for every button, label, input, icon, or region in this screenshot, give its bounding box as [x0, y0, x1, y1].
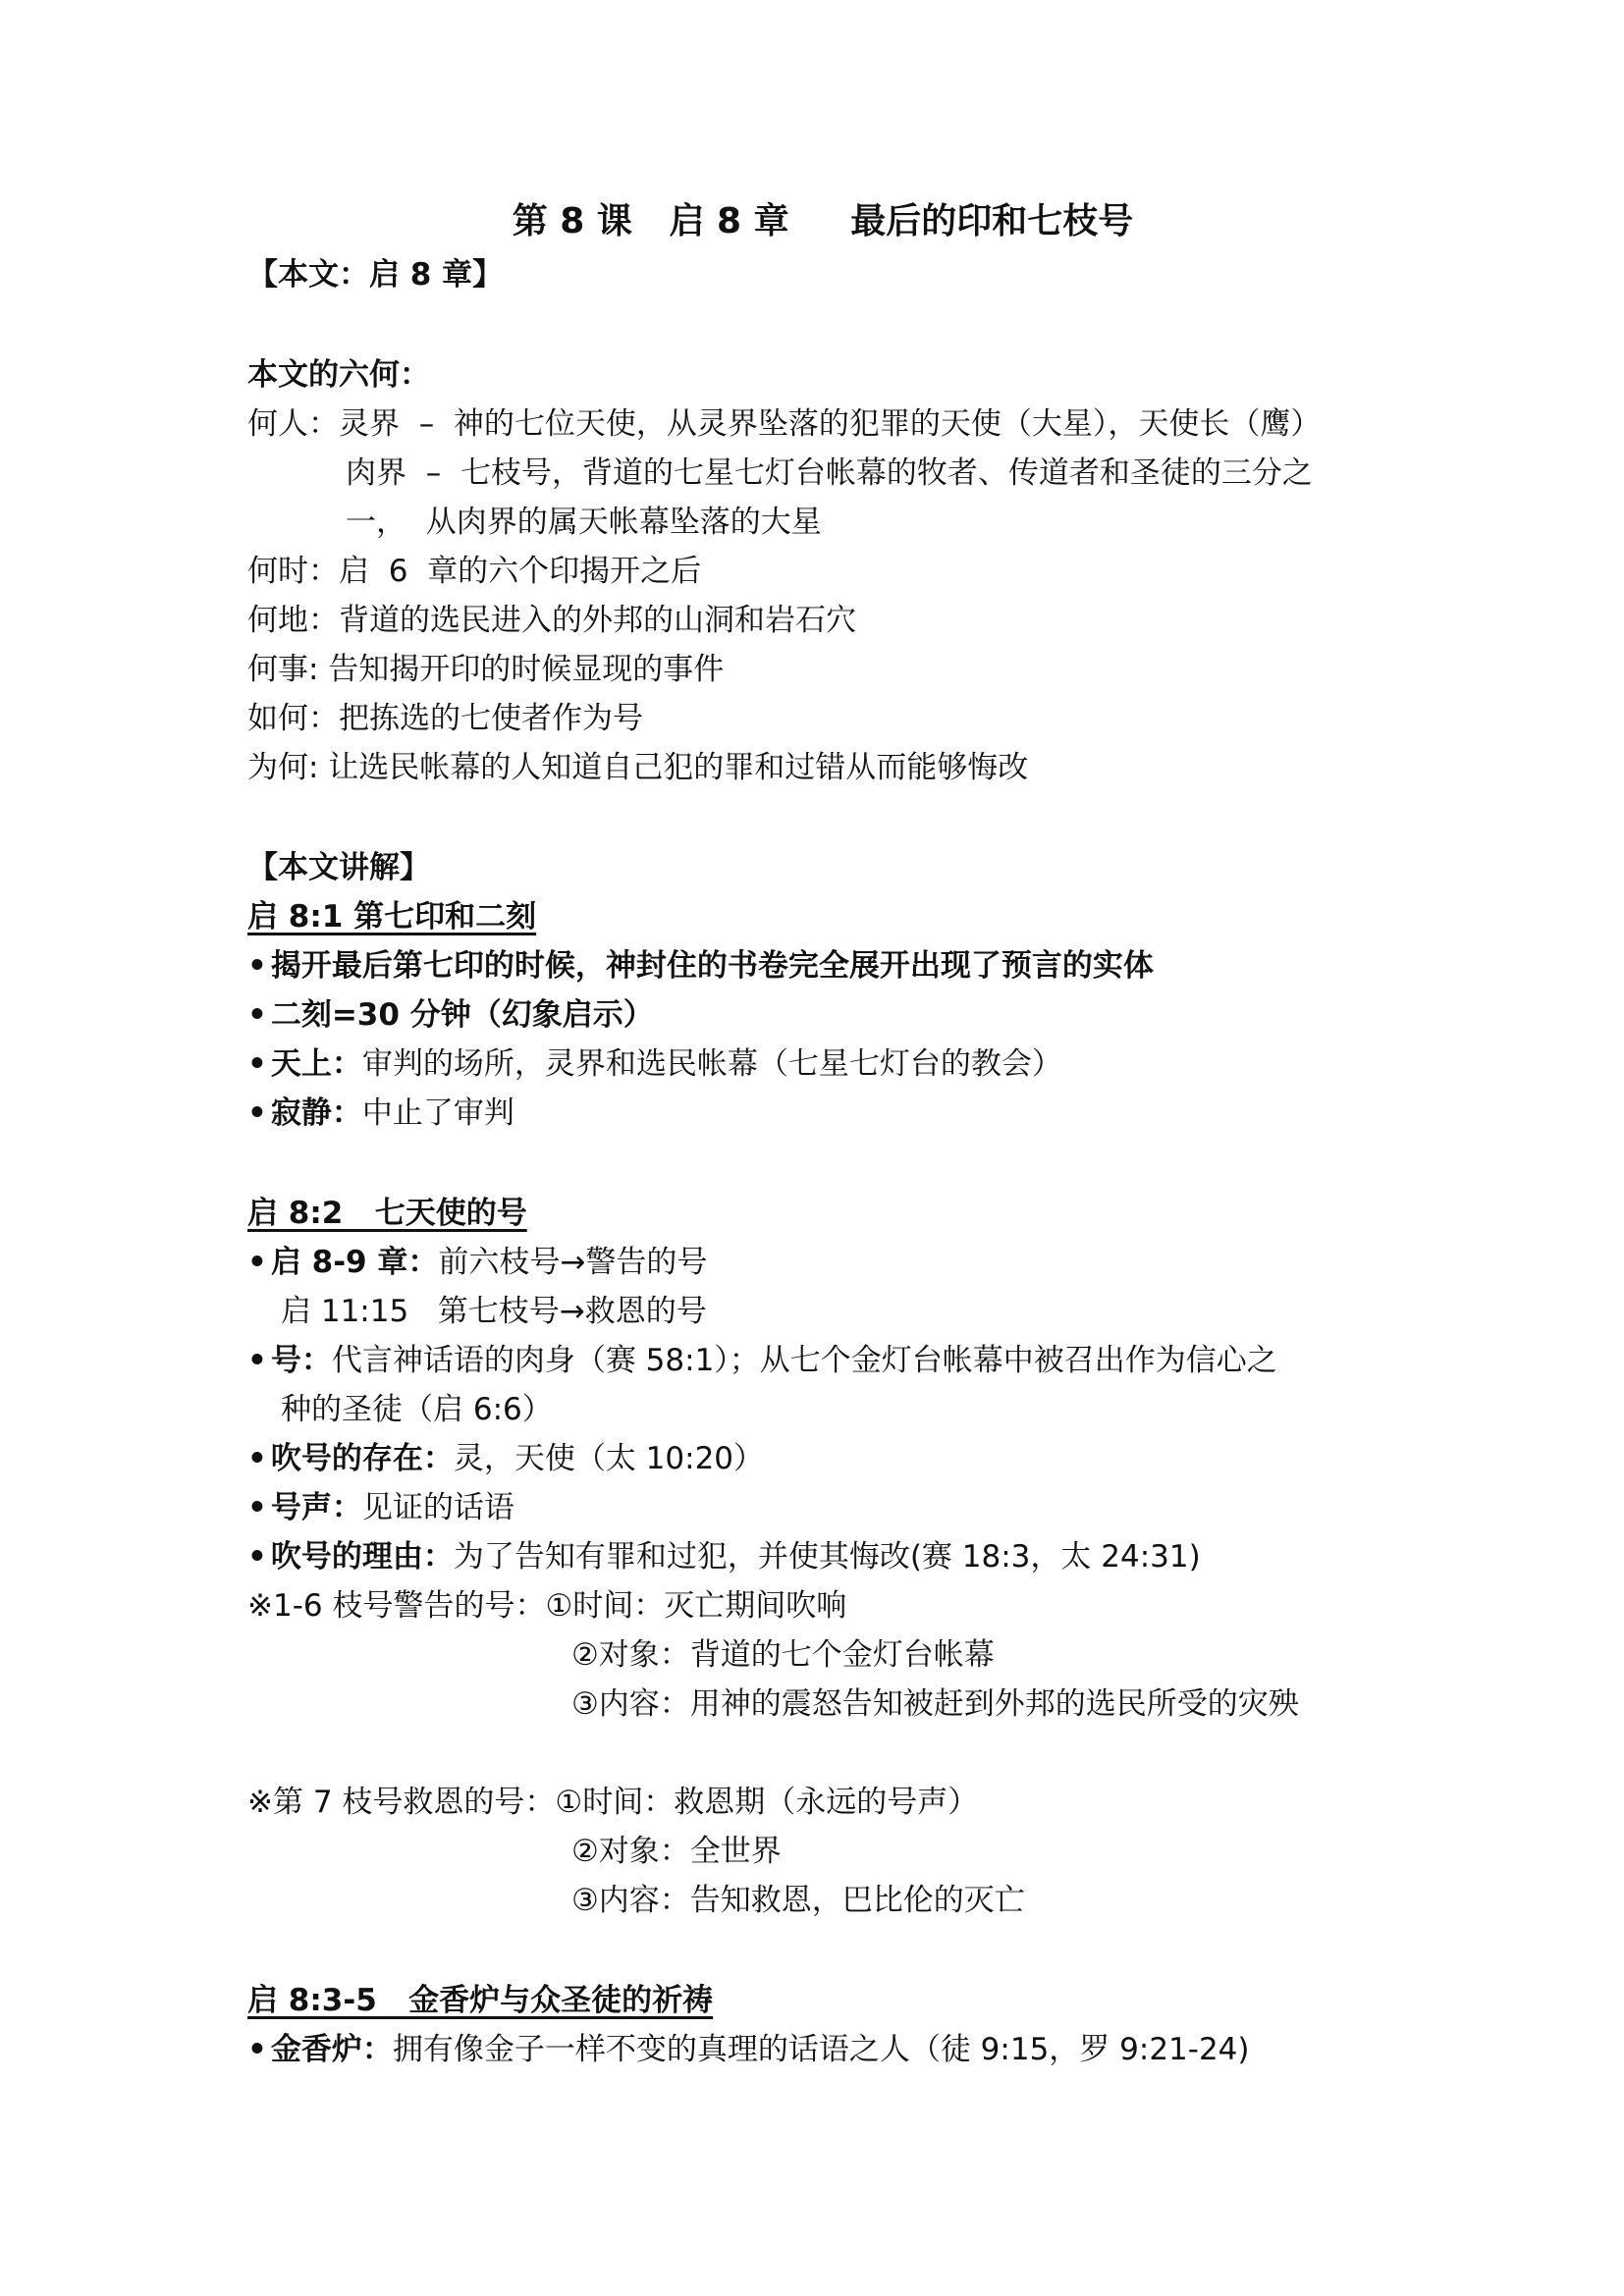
- where-line: 何地：背道的选民进入的外邦的山洞和岩石穴: [247, 601, 856, 640]
- text-reference: 【本文：启 8 章】: [247, 255, 503, 294]
- who-flesh-line-2: 一， 从肉界的属天帐幕坠落的大星: [346, 503, 822, 542]
- bullet-text: 前六枝号→警告的号: [438, 1245, 707, 1280]
- bullet-text: 中止了审判: [362, 1095, 514, 1131]
- bullet-item: 吹号的存在：灵，天使（太 10:20）: [247, 1439, 764, 1478]
- note-head: ※1-6 枝号警告的号：: [247, 1588, 545, 1624]
- bullet-item: 揭开最后第七印的时候，神封住的书卷完全展开出现了预言的实体: [247, 946, 1154, 986]
- bullet-label: 吹号的存在：: [271, 1441, 454, 1476]
- bullet-label: 天上：: [271, 1046, 362, 1082]
- bullet-text: 见证的话语: [362, 1490, 514, 1525]
- note-item: ③内容：告知救恩，巴比伦的灭亡: [571, 1881, 1025, 1920]
- bullet-label: 启 8-9 章：: [271, 1245, 439, 1280]
- bullet-item: 号声：见证的话语: [247, 1488, 514, 1527]
- what-line: 何事: 告知揭开印的时候显现的事件: [247, 650, 724, 689]
- document-page: 第 8 课 启 8 章 最后的印和七枝号 【本文：启 8 章】 本文的六何： 何…: [0, 0, 1624, 2296]
- section-3-title: 启 8:3-5 金香炉与众圣徒的祈祷: [247, 1981, 713, 2020]
- bullet-item: 寂静：中止了审判: [247, 1094, 514, 1133]
- why-line: 为何: 让选民帐幕的人知道自己犯的罪和过错从而能够悔改: [247, 748, 1028, 787]
- page-title: 第 8 课 启 8 章 最后的印和七枝号: [0, 200, 1624, 243]
- six-questions-heading: 本文的六何：: [247, 355, 430, 395]
- bullet-label: 号：: [271, 1343, 332, 1378]
- continuation-line: 启 11:15 第七枝号→救恩的号: [281, 1292, 707, 1331]
- bullet-text: 代言神话语的肉身（赛 58:1）；从七个金灯台帐幕中被召出作为信心之: [332, 1343, 1277, 1378]
- bullet-label: 吹号的理由：: [271, 1539, 454, 1575]
- note-item: ②对象：全世界: [571, 1832, 782, 1871]
- note-salvation-trumpet: ※第 7 枝号救恩的号：①时间：救恩期（永远的号声）: [247, 1783, 978, 1822]
- bullet-label: 号声：: [271, 1490, 362, 1525]
- bullet-label: 金香炉：: [271, 2032, 393, 2067]
- bullet-item: 启 8-9 章：前六枝号→警告的号: [247, 1243, 707, 1282]
- exposition-heading: 【本文讲解】: [247, 848, 430, 887]
- section-1-title: 启 8:1 第七印和二刻: [247, 897, 536, 936]
- bullet-text: 为了告知有罪和过犯，并使其悔改(赛 18:3，太 24:31): [454, 1539, 1201, 1575]
- who-flesh-line-1: 肉界 – 七枝号，背道的七星七灯台帐幕的牧者、传道者和圣徒的三分之: [346, 454, 1313, 493]
- bullet-item: 天上：审判的场所，灵界和选民帐幕（七星七灯台的教会）: [247, 1044, 1062, 1084]
- note-item: ③内容：用神的震怒告知被赶到外邦的选民所受的灾殃: [571, 1684, 1299, 1724]
- bullet-text: 灵，天使（太 10:20）: [454, 1441, 764, 1476]
- note-item: ②对象：背道的七个金灯台帐幕: [571, 1635, 995, 1675]
- bullet-text: 拥有像金子一样不变的真理的话语之人（徒 9:15，罗 9:21-24): [393, 2032, 1250, 2067]
- how-line: 如何：把拣选的七使者作为号: [247, 699, 643, 738]
- note-head: ※第 7 枝号救恩的号：: [247, 1785, 555, 1820]
- bullet-label: 寂静：: [271, 1095, 362, 1131]
- bullet-item: 吹号的理由：为了告知有罪和过犯，并使其悔改(赛 18:3，太 24:31): [247, 1537, 1201, 1576]
- bullet-item: 金香炉：拥有像金子一样不变的真理的话语之人（徒 9:15，罗 9:21-24): [247, 2030, 1250, 2069]
- who-label: 何人：: [247, 406, 339, 442]
- note-item: ①时间：救恩期（永远的号声）: [555, 1785, 978, 1820]
- continuation-line: 种的圣徒（启 6:6）: [281, 1390, 553, 1429]
- who-spirit: 灵界 – 神的七位天使，从灵界坠落的犯罪的天使（大星），天使长（鹰）: [339, 406, 1321, 442]
- bullet-text: 审判的场所，灵界和选民帐幕（七星七灯台的教会）: [362, 1046, 1062, 1082]
- section-2-title: 启 8:2 七天使的号: [247, 1194, 527, 1233]
- who-spirit-line: 何人：灵界 – 神的七位天使，从灵界坠落的犯罪的天使（大星），天使长（鹰）: [247, 404, 1321, 444]
- bullet-item: 号：代言神话语的肉身（赛 58:1）；从七个金灯台帐幕中被召出作为信心之: [247, 1341, 1277, 1380]
- bullet-item: 二刻=30 分钟（幻象启示）: [247, 995, 654, 1035]
- when-line: 何时：启 6 章的六个印揭开之后: [247, 552, 701, 591]
- note-warning-trumpets: ※1-6 枝号警告的号：①时间：灭亡期间吹响: [247, 1586, 846, 1626]
- note-item: ①时间：灭亡期间吹响: [545, 1588, 846, 1624]
